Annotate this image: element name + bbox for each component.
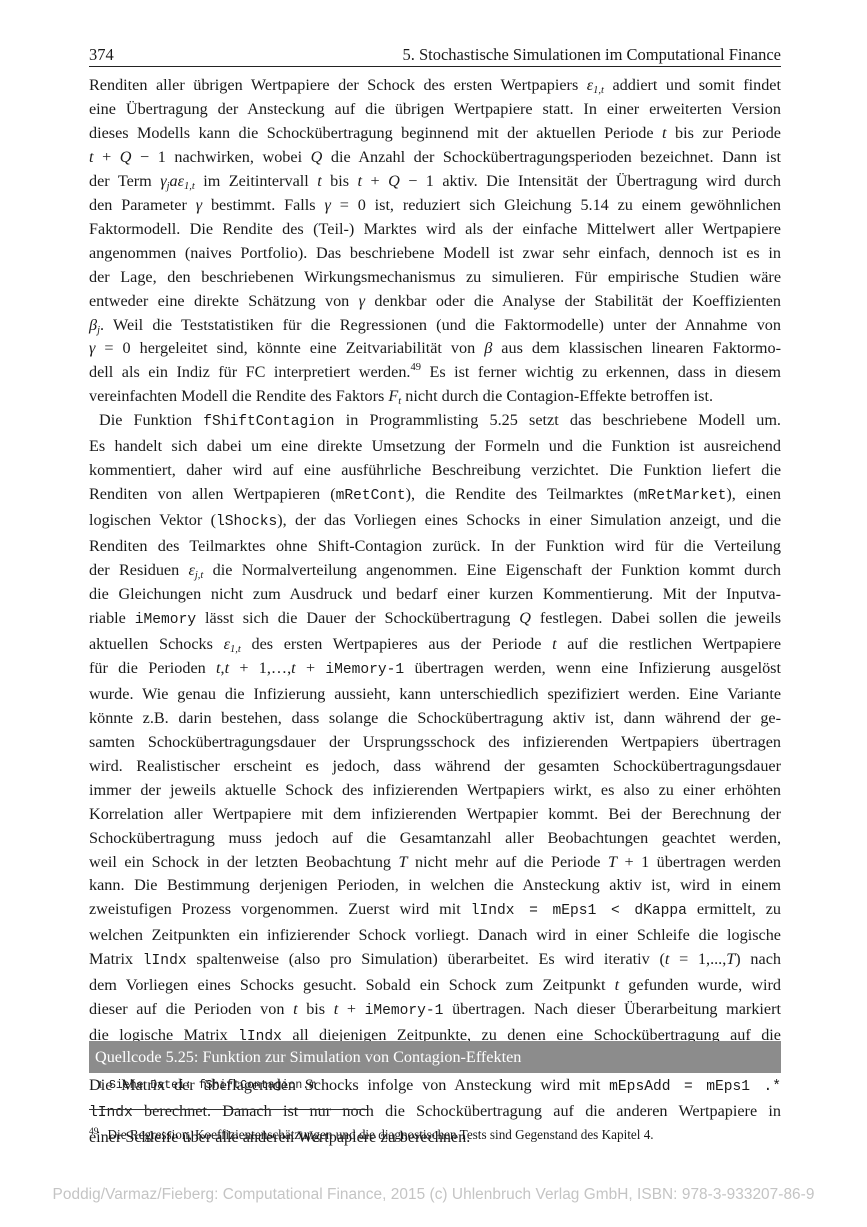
math-symbol: t xyxy=(89,148,94,166)
paragraph: Die Funktion fShiftContagion in Programm… xyxy=(89,409,781,1150)
text-line: könnte z.B. darin bestehen, dass solange… xyxy=(89,707,781,731)
footnote-rule xyxy=(89,1109,367,1110)
text-line: entweder eine direkte Schätzung von γ de… xyxy=(89,290,781,314)
text-line: dieser auf die Perioden von t bis t + iM… xyxy=(89,998,781,1024)
text-line: aktuellen Schocks ε1,t des ersten Wertpa… xyxy=(89,633,781,657)
text-line: logischen Vektor (lShocks), der das Vorl… xyxy=(89,509,781,535)
math-symbol: t xyxy=(216,659,221,677)
text-line: βj. Weil die Teststatistiken für die Reg… xyxy=(89,314,781,338)
copyright-watermark: Poddig/Varmaz/Fieberg: Computational Fin… xyxy=(0,1186,867,1204)
text-line: Die Funktion fShiftContagion in Programm… xyxy=(89,409,781,435)
text-line: kommentiert, daher wird auf eine ausführ… xyxy=(89,459,781,483)
chapter-title: 5. Stochastische Simulationen im Computa… xyxy=(402,44,781,66)
running-head: 374 5. Stochastische Simulationen im Com… xyxy=(89,44,781,67)
math-symbol: aε1,t xyxy=(170,172,195,190)
math-symbol: Q xyxy=(519,609,531,627)
text-line: wird. Realistischer erscheint es jedoch,… xyxy=(89,755,781,779)
inline-code: lIndx = mEps1 < dKappa xyxy=(471,903,687,919)
page-number: 374 xyxy=(89,44,114,66)
text-line: zweistufigen Prozess vorgenommen. Zuerst… xyxy=(89,898,781,924)
inline-code: iMemory-1 xyxy=(365,1003,444,1019)
listing-caption: Quellcode 5.25: Funktion zur Simulation … xyxy=(89,1041,781,1073)
math-symbol: γ xyxy=(196,196,202,214)
text-line: samten Schockübertragungsdauer der Urspr… xyxy=(89,731,781,755)
text-line: riable iMemory lässt sich die Dauer der … xyxy=(89,607,781,633)
math-symbol: T xyxy=(726,950,735,968)
math-symbol: T xyxy=(608,853,617,871)
text-line: eine Übertragung der Ansteckung auf die … xyxy=(89,98,781,122)
math-symbol: t xyxy=(334,1000,339,1018)
text-line: Korrelation aller Wertpapiere mit dem in… xyxy=(89,803,781,827)
listing-code: Siehe Datei: fShiftContagion.m xyxy=(109,1079,316,1092)
footnote-text: Die Regression, Koeffizientenschätzungen… xyxy=(108,1127,654,1142)
text-line: dieses Modells kann die Schockübertragun… xyxy=(89,122,781,146)
math-symbol: β xyxy=(484,339,492,357)
math-symbol: t xyxy=(665,950,670,968)
math-symbol: t xyxy=(552,635,557,653)
text-line: den Parameter γ bestimmt. Falls γ = 0 is… xyxy=(89,194,781,218)
text-line: γ = 0 hergeleitet sind, könnte eine Zeit… xyxy=(89,337,781,361)
footnote: 49Die Regression, Koeffizientenschätzung… xyxy=(89,1123,781,1144)
math-symbol: t xyxy=(291,659,296,677)
text-line: der Residuen εj,t die Normalverteilung a… xyxy=(89,559,781,583)
text-line: für die Perioden t,t + 1,…,t + iMemory-1… xyxy=(89,657,781,683)
math-symbol: t xyxy=(293,1000,298,1018)
math-symbol: γ xyxy=(324,196,330,214)
text-line: t + Q − 1 nachwirken, wobei Q die Anzahl… xyxy=(89,146,781,170)
math-symbol: βj xyxy=(89,316,100,334)
math-symbol: γ xyxy=(359,292,365,310)
math-symbol: γj xyxy=(160,172,169,190)
inline-code: mRetMarket xyxy=(639,488,727,504)
text-line: wurde. Wie genau die Infizierung aussieh… xyxy=(89,683,781,707)
inline-code: fShiftContagion xyxy=(203,414,334,430)
text-line: Faktormodell. Die Rendite des (Teil-) Ma… xyxy=(89,218,781,242)
math-symbol: t xyxy=(615,976,620,994)
math-symbol: T xyxy=(399,853,408,871)
listing-code-line: 1Siehe Datei: fShiftContagion.m xyxy=(89,1078,781,1094)
paragraph: Renditen aller übrigen Wertpapiere der S… xyxy=(89,74,781,409)
math-symbol: εj,t xyxy=(189,561,204,579)
text-line: der Term γjaε1,t im Zeitintervall t bis … xyxy=(89,170,781,194)
math-symbol: γ xyxy=(89,339,95,357)
text-line: weil ein Schock in der letzten Beobachtu… xyxy=(89,851,781,875)
inline-code: lIndx xyxy=(89,1105,133,1121)
math-symbol: Ft xyxy=(388,387,401,405)
body-text: Renditen aller übrigen Wertpapiere der S… xyxy=(89,74,781,1150)
text-line: kann. Die Bestimmung derjenigen Perioden… xyxy=(89,874,781,898)
inline-code: iMemory-1 xyxy=(325,662,404,678)
listing-line-number: 1 xyxy=(89,1078,103,1094)
inline-code: lShocks xyxy=(216,514,277,530)
math-symbol: t xyxy=(662,124,667,142)
math-symbol: t xyxy=(317,172,322,190)
math-symbol: Q xyxy=(311,148,323,166)
math-symbol: Q xyxy=(120,148,132,166)
math-symbol: ε1,t xyxy=(587,76,604,94)
text-line: angenommen (naives Portfolio). Das besch… xyxy=(89,242,781,266)
inline-code: lIndx xyxy=(143,953,187,969)
text-line: Es handelt sich dabei um eine direkte Um… xyxy=(89,435,781,459)
text-line: Renditen aller übrigen Wertpapiere der S… xyxy=(89,74,781,98)
math-symbol: Q xyxy=(388,172,400,190)
text-line: Matrix lIndx spaltenweise (also pro Simu… xyxy=(89,948,781,974)
text-line: Renditen des Teilmarktes ohne Shift-Cont… xyxy=(89,535,781,559)
text-line: der Lage, den beschriebenen Wirkungsmech… xyxy=(89,266,781,290)
text-line: welchen Zeitpunkten ein infizierender Sc… xyxy=(89,924,781,948)
text-line: vereinfachten Modell die Rendite des Fak… xyxy=(89,385,781,409)
inline-code: mRetCont xyxy=(336,488,406,504)
footnote-mark: 49 xyxy=(89,1127,99,1137)
text-line: die Gleichungen nicht zum Ausdruck und b… xyxy=(89,583,781,607)
math-symbol: ε1,t xyxy=(224,635,241,653)
text-line: immer der jeweils aktuelle Schock des in… xyxy=(89,779,781,803)
text-line: dell als ein Indiz für FC interpretiert … xyxy=(89,361,781,385)
text-line: dem Vorliegen eines Schocks gesucht. Sob… xyxy=(89,974,781,998)
text-line: Schockübertragung muss jedoch auf die Ge… xyxy=(89,827,781,851)
footnote-reference[interactable]: 49 xyxy=(410,362,421,373)
text-line: Renditen von allen Wertpapieren (mRetCon… xyxy=(89,483,781,509)
math-symbol: t xyxy=(225,659,230,677)
math-symbol: t xyxy=(358,172,363,190)
inline-code: iMemory xyxy=(135,612,196,628)
